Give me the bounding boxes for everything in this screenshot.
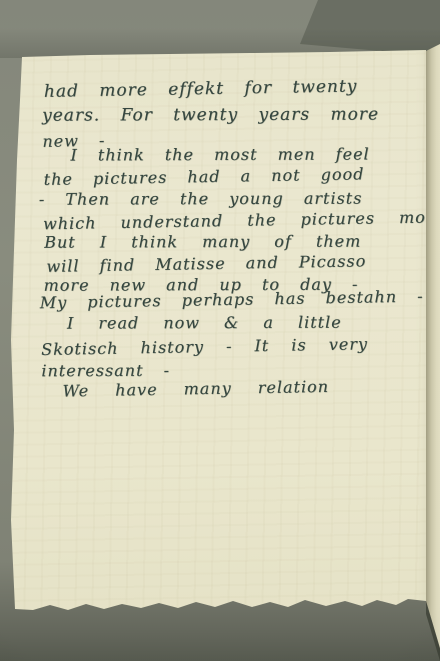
handwritten-line: We have many relation xyxy=(62,376,329,402)
handwritten-line: But I think many of them xyxy=(44,231,361,253)
handwritten-line: I read now & a little xyxy=(67,312,342,334)
handwritten-line: - Then are the young artists xyxy=(39,188,363,210)
handwritten-line: I think the most men feel xyxy=(70,143,369,165)
handwritten-line: had more effekt for twenty xyxy=(44,76,358,102)
handwritten-line: Skotisch history - It is very xyxy=(41,333,368,360)
handwritten-line: the pictures had a not good xyxy=(43,163,364,190)
letter-page: had more effekt for twenty years. For tw… xyxy=(0,0,440,661)
photo-background: had more effekt for twenty years. For tw… xyxy=(0,0,440,661)
handwriting: had more effekt for twenty years. For tw… xyxy=(0,0,440,661)
handwritten-line: years. For twenty years more xyxy=(42,104,379,126)
second-leaf-fold xyxy=(426,0,440,661)
